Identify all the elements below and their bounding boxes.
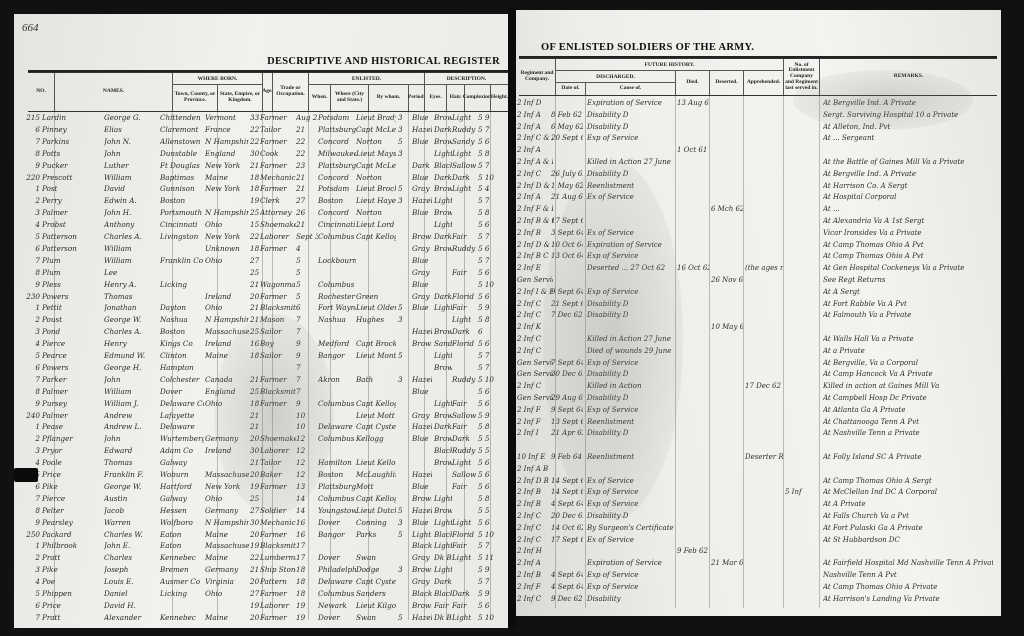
- book-gutter: [508, 8, 516, 630]
- header-date-of: Date of.: [555, 83, 585, 95]
- cell-when: 19: [296, 613, 318, 622]
- cell-regiment: 2 Inf A & B: [517, 158, 553, 166]
- cell-eyes: Blue: [412, 173, 432, 182]
- cell-given: John: [104, 434, 158, 443]
- cell-where: Columbus: [318, 589, 356, 598]
- cell-complexion: Sallow: [452, 470, 478, 479]
- cell-surname: Powers: [42, 292, 100, 301]
- cell-state: Massachusetts: [205, 541, 249, 550]
- cell-by: Lieut Montgomery: [356, 351, 396, 360]
- cell-age: 21: [250, 280, 260, 289]
- cell-surname: Pflanger: [42, 434, 100, 443]
- cell-town: Dover: [160, 387, 204, 396]
- header-state: State, Empire, or Kingdom.: [217, 85, 262, 111]
- cell-eyes: Gray: [412, 411, 432, 420]
- cell-eyes: Gray: [412, 244, 432, 253]
- cell-cause: Exp of Service: [587, 134, 675, 142]
- cell-height: 5 5: [478, 506, 496, 515]
- cell-height: 5 7: [478, 541, 496, 550]
- cell-where: Concord: [318, 173, 356, 182]
- cell-when: 18: [296, 577, 318, 586]
- cell-by: Norton: [356, 173, 396, 182]
- cell-by: Dodge: [356, 565, 396, 574]
- soldier-row: 6PinneyEliasClaremontFrance22Tailor21Pla…: [14, 124, 516, 136]
- cell-died: 9 Feb 62: [677, 547, 709, 555]
- cell-trade: Shoemaker: [260, 220, 296, 229]
- cell-apprehended: (the ages not ...): [745, 264, 783, 272]
- cell-hair: Brown: [434, 137, 452, 146]
- cell-no: 6: [18, 363, 40, 372]
- cell-period: 5: [398, 613, 408, 622]
- cell-complexion: Ruddy: [452, 244, 478, 253]
- cell-cause: Disability D: [587, 123, 675, 131]
- cell-remarks: At Camp Hancock Va A Private: [823, 370, 993, 378]
- cell-cause: Exp of Service: [587, 571, 675, 579]
- cell-remarks: At Folly Island SC A Private: [823, 453, 993, 461]
- cell-no: 7: [18, 256, 40, 265]
- cell-state: N Hampshire: [205, 137, 249, 146]
- cell-trade: Tailor: [260, 125, 296, 134]
- cell-no: 3: [18, 327, 40, 336]
- cell-where: Plattsburg: [318, 161, 356, 170]
- soldier-row: 6PattersonWilliamUnknown18Farmer4GrayBro…: [14, 243, 516, 255]
- cell-when: Sept 3: [296, 232, 318, 241]
- cell-where: Milwaukee: [318, 149, 356, 158]
- cell-height: 5 6: [478, 601, 496, 610]
- header-trade: Trade or Occupation.: [272, 73, 308, 111]
- cell-surname: Pearsley: [42, 518, 100, 527]
- cell-complexion: Fair: [452, 422, 478, 431]
- cell-given: Charles W.: [104, 530, 158, 539]
- cell-apprehended: Deserter Returned to ... 29 June 63: [745, 453, 783, 461]
- cell-regiment: 2 Inf A: [517, 111, 553, 119]
- header-cause-of: Cause of.: [585, 83, 675, 95]
- cell-town: Portsmouth: [160, 208, 204, 217]
- cell-surname: Pryor: [42, 446, 100, 455]
- soldier-row: 8PlumLee255GrayFair5 6: [14, 267, 516, 279]
- cell-where: Dover: [318, 613, 356, 622]
- cell-by: Capt McLeod: [356, 161, 396, 170]
- cell-no: 7: [18, 613, 40, 622]
- cell-surname: Pond: [42, 327, 100, 336]
- cell-age: 25: [250, 208, 260, 217]
- cell-given: George G.: [104, 113, 158, 122]
- cell-no: 1: [18, 303, 40, 312]
- cell-complexion: Florid: [452, 530, 478, 539]
- cell-remarks: At Campbell Hosp Dc Private: [823, 394, 993, 402]
- cell-eyes: Hazel: [412, 196, 432, 205]
- cell-trade: Laborer: [260, 601, 296, 610]
- cell-hair: Light: [434, 541, 452, 550]
- cell-remarks: At Camp Thomas Ohio A Sergt: [823, 477, 993, 485]
- cell-height: 5 6: [478, 220, 496, 229]
- cell-hair: Brown: [434, 327, 452, 336]
- cell-when: Aug 21 1861: [296, 113, 318, 122]
- cell-surname: Packard: [42, 530, 100, 539]
- cell-surname: Powers: [42, 363, 100, 372]
- cell-hair: Light: [434, 351, 452, 360]
- cell-trade: Pattern: [260, 577, 296, 586]
- cell-town: Licking: [160, 589, 204, 598]
- cell-remarks: At McClellan Ind DC A Corporal: [823, 488, 993, 496]
- cell-remarks: At Falls Church Va a Pvt: [823, 512, 993, 520]
- cell-age: 18: [250, 173, 260, 182]
- cell-given: Louis E.: [104, 577, 158, 586]
- cell-given: Warren: [104, 518, 158, 527]
- cell-surname: Post: [42, 184, 100, 193]
- header-period: Period.: [408, 85, 424, 111]
- cell-surname: Price: [42, 470, 100, 479]
- cell-complexion: Fair: [452, 541, 478, 550]
- cell-hair: Black: [434, 446, 452, 455]
- cell-height: 5 6: [478, 137, 496, 146]
- cell-surname: Pearce: [42, 351, 100, 360]
- cell-where: Plattsburg: [318, 125, 356, 134]
- soldier-row: 215LardinGeorge G.ChittendenVermont33Far…: [14, 112, 516, 124]
- cell-town: Galway: [160, 458, 204, 467]
- cell-complexion: Light: [452, 184, 478, 193]
- cell-surname: Parker: [42, 375, 100, 384]
- cell-regiment: 2 Inf A: [517, 146, 553, 154]
- cell-age: 20: [250, 577, 260, 586]
- cell-surname: Pless: [42, 280, 100, 289]
- cell-date: 20 Dec 62: [551, 512, 583, 520]
- cell-trade: Wagonmaker: [260, 280, 296, 289]
- cell-regiment: 2 Inf C: [517, 170, 553, 178]
- register-title-right: OF ENLISTED SOLDIERS OF THE ARMY.: [541, 42, 754, 53]
- left-column-headers: NO. NAMES. WHERE BORN. Town, County, or …: [28, 72, 508, 112]
- cell-surname: Probst: [42, 220, 100, 229]
- cell-hair: Dark: [434, 232, 452, 241]
- cell-complexion: Light: [452, 518, 478, 527]
- cell-complexion: Light: [452, 613, 478, 622]
- cell-regiment: 2 Inf C & E: [517, 134, 553, 142]
- header-age: Age.: [262, 73, 272, 111]
- cell-no: 5: [18, 589, 40, 598]
- cell-no: 7: [18, 137, 40, 146]
- cell-age: 18: [250, 244, 260, 253]
- cell-hair: Brown: [434, 184, 452, 193]
- cell-given: Charles: [104, 553, 158, 562]
- cell-no: 2: [18, 434, 40, 443]
- cell-age: 20: [250, 292, 260, 301]
- cell-regiment: 2 Inf D: [517, 99, 553, 107]
- cell-trade: Laborer: [260, 232, 296, 241]
- cell-regiment: 2 Inf C: [517, 512, 553, 520]
- cell-regiment: 2 Inf B C: [517, 252, 553, 260]
- cell-remarks: At Falmouth Va a Private: [823, 311, 993, 319]
- cell-given: Joseph: [104, 565, 158, 574]
- cell-by: McLaughlin: [356, 470, 396, 479]
- cell-by: Swan: [356, 553, 396, 562]
- cell-given: Daniel: [104, 589, 158, 598]
- cell-remarks: At Camp Thomas Ohio A Pvt: [823, 252, 993, 260]
- cell-age: 21: [250, 303, 260, 312]
- cell-state: N Hampshire: [205, 518, 249, 527]
- cell-age: 30: [250, 149, 260, 158]
- cell-no: 4: [18, 577, 40, 586]
- cell-height: 5 8: [478, 494, 496, 503]
- cell-no: 8: [18, 506, 40, 515]
- cell-surname: Pinney: [42, 125, 100, 134]
- cell-when: 18: [296, 589, 318, 598]
- cell-town: Wolfboro: [160, 518, 204, 527]
- cell-eyes: Brown: [412, 232, 432, 241]
- soldier-row: 3PikeJosephBremenGermany21Ship Stone18Ph…: [14, 564, 516, 576]
- cell-town: Eaton: [160, 530, 204, 539]
- cell-regiment: 2 Inf D & B: [517, 241, 553, 249]
- cell-where: Plattsburgh: [318, 482, 356, 491]
- cell-eyes: Brown: [412, 494, 432, 503]
- cell-eyes: Gray: [412, 553, 432, 562]
- cell-given: George H.: [104, 363, 158, 372]
- cell-by: Capt Cyster: [356, 577, 396, 586]
- cell-town: Licking: [160, 280, 204, 289]
- cell-when: 22: [296, 149, 318, 158]
- cell-regiment: 2 Inf A: [517, 193, 553, 201]
- cell-complexion: Light: [452, 315, 478, 324]
- cell-hair: Light: [434, 303, 452, 312]
- cell-height: 5 7: [478, 577, 496, 586]
- cell-surname: Plum: [42, 256, 100, 265]
- cell-complexion: Dark: [452, 173, 478, 182]
- cell-remarks: At Bergville Ind. A Private: [823, 170, 993, 178]
- cell-complexion: Fair: [452, 268, 478, 277]
- cell-no: 1: [18, 541, 40, 550]
- soldier-row: 9PlessHenry A.Licking21Wagonmaker5Columb…: [14, 279, 516, 291]
- cell-no: 9: [18, 161, 40, 170]
- cell-remarks: At Harrison Co. A Sergt: [823, 182, 993, 190]
- cell-where: Concord: [318, 137, 356, 146]
- cell-regiment: 2 Inf B: [517, 571, 553, 579]
- cell-died: 1 Oct 61: [677, 146, 709, 154]
- cell-given: Jacob: [104, 506, 158, 515]
- cell-height: 5 5: [478, 446, 496, 455]
- cell-state: Maine: [205, 530, 249, 539]
- cell-trade: Farmer: [260, 589, 296, 598]
- cell-town: Kennebec: [160, 553, 204, 562]
- cell-complexion: Sandy: [452, 137, 478, 146]
- cell-by: Lieut Mays: [356, 149, 396, 158]
- cell-period: 5: [398, 351, 408, 360]
- cell-deserted: 26 Nov 61: [711, 276, 743, 284]
- cell-no: 4: [18, 458, 40, 467]
- cell-complexion: Fair: [452, 303, 478, 312]
- cell-hair: Brown: [434, 363, 452, 372]
- cell-remarks: At Fort Pulaski Ga A Private: [823, 524, 993, 532]
- cell-surname: Patterson: [42, 232, 100, 241]
- cell-surname: Pierce: [42, 339, 100, 348]
- cell-age: 22: [250, 137, 260, 146]
- cell-no: 7: [18, 375, 40, 384]
- cell-eyes: Gray: [412, 268, 432, 277]
- binding-clip: [14, 468, 38, 482]
- cell-height: 5 6: [478, 458, 496, 467]
- cell-regiment: 2 Inf A: [517, 559, 553, 567]
- cell-trade: Farmer: [260, 530, 296, 539]
- cell-given: George W.: [104, 315, 158, 324]
- cell-state: New York: [205, 232, 249, 241]
- cell-height: 5 8: [478, 315, 496, 324]
- cell-when: 17: [296, 553, 318, 562]
- cell-eyes: Blue: [412, 280, 432, 289]
- cell-state: Germany: [205, 565, 249, 574]
- cell-where: Dover: [318, 553, 356, 562]
- cell-given: Elias: [104, 125, 158, 134]
- history-row: 2 Inf F4 Sept 64Exp of ServiceAt Camp Th…: [513, 582, 1001, 594]
- cell-by: Norton: [356, 208, 396, 217]
- cell-period: 3: [398, 113, 408, 122]
- cell-hair: Black: [434, 589, 452, 598]
- cell-given: Jonathan: [104, 303, 158, 312]
- cell-state: England: [205, 149, 249, 158]
- cell-reenlisted: 5 Inf: [785, 488, 819, 496]
- soldier-row: 4PoeLouis E.Ausmer CoVirginia20Pattern18…: [14, 576, 516, 588]
- cell-town: Colchester: [160, 375, 204, 384]
- cell-age: 25: [250, 268, 260, 277]
- cell-by: Lieut Lord: [356, 220, 396, 229]
- cell-height: 5 6: [478, 339, 496, 348]
- cell-when: 17: [296, 541, 318, 550]
- cell-eyes: Blue: [412, 434, 432, 443]
- cell-by: Mott: [356, 482, 396, 491]
- cell-given: Charles A.: [104, 232, 158, 241]
- cell-given: Austin: [104, 494, 158, 503]
- cell-age: 30: [250, 518, 260, 527]
- cell-surname: Pratt: [42, 553, 100, 562]
- cell-state: France: [205, 125, 249, 134]
- cell-cause: Exp of Service: [587, 583, 675, 591]
- cell-by: Kellogg: [356, 434, 396, 443]
- cell-given: David: [104, 184, 158, 193]
- cell-surname: Pelter: [42, 506, 100, 515]
- cell-age: 22: [250, 232, 260, 241]
- cell-remarks: At Camp Thomas Ohio A Private: [823, 583, 993, 591]
- cell-town: Baptimas: [160, 173, 204, 182]
- cell-town: Nashua: [160, 315, 204, 324]
- cell-regiment: 2 Inf B: [517, 229, 553, 237]
- cell-regiment: 2 Inf B: [517, 500, 553, 508]
- cell-remarks: At a Private: [823, 347, 993, 355]
- cell-period: 5: [398, 530, 408, 539]
- cell-remarks: At ... Sergeant: [823, 134, 993, 142]
- cell-regiment: 2 Inf A B: [517, 465, 553, 473]
- cell-remarks: At Gen Hospital Cockeneys Va a Private: [823, 264, 993, 272]
- cell-date: 4 Sept 64: [551, 583, 583, 591]
- header-where: Where (City and State.): [330, 85, 368, 111]
- cell-town: Lafayette: [160, 411, 204, 420]
- cell-no: 230: [18, 292, 40, 301]
- header-discharged: DISCHARGED.: [555, 71, 675, 83]
- cell-where: Medford: [318, 339, 356, 348]
- cell-when: 6: [296, 303, 318, 312]
- cell-hair: Black: [434, 161, 452, 170]
- cell-by: Capt Kellogg: [356, 399, 396, 408]
- cell-height: 5 9: [478, 565, 496, 574]
- cell-remarks: At Alexandria Va A 1st Sergt: [823, 217, 993, 225]
- cell-town: Woburn: [160, 470, 204, 479]
- soldier-row: 250PackardCharles W.EatonMaine20Farmer16…: [14, 529, 516, 541]
- cell-remarks: At Nashville Tenn a Private: [823, 429, 993, 437]
- header-names: NAMES.: [54, 73, 172, 111]
- history-row: 2 Inf B4 Sept 64Exp of ServiceNashville …: [513, 570, 1001, 582]
- cell-when: 5: [296, 280, 318, 289]
- cell-date: 4 Sept 64: [551, 500, 583, 508]
- cell-age: 33: [250, 113, 260, 122]
- cell-remarks: At Atlanta Ga A Private: [823, 406, 993, 414]
- cell-trade: Cook: [260, 149, 296, 158]
- cell-where: Rochester: [318, 292, 356, 301]
- cell-no: 8: [18, 149, 40, 158]
- cell-height: 5 5: [478, 434, 496, 443]
- cell-when: 5: [296, 256, 318, 265]
- cell-surname: Lardin: [42, 113, 100, 122]
- soldier-row: 5PattersonCharles A.LivingstonNew York22…: [14, 231, 516, 243]
- cell-town: Ausmer Co: [160, 577, 204, 586]
- cell-height: 5 6: [478, 268, 496, 277]
- cell-no: 6: [18, 482, 40, 491]
- cell-date: 17 Sept 64: [551, 536, 583, 544]
- cell-hair: Brown: [434, 506, 452, 515]
- cell-hair: Light: [434, 565, 452, 574]
- cell-given: William J.: [104, 399, 158, 408]
- cell-where: Potsdam: [318, 184, 356, 193]
- cell-height: 5 10: [478, 375, 496, 384]
- header-enlisted: ENLISTED.: [308, 73, 424, 85]
- cell-town: Bremen: [160, 565, 204, 574]
- cell-eyes: Brown: [412, 339, 432, 348]
- cell-given: William: [104, 256, 158, 265]
- cell-no: 3: [18, 446, 40, 455]
- cell-no: 7: [18, 494, 40, 503]
- cell-surname: Potts: [42, 149, 100, 158]
- cell-given: Alexander: [104, 613, 158, 622]
- cell-state: Maine: [205, 553, 249, 562]
- cell-date: 14 Oct 62: [551, 524, 583, 532]
- cell-complexion: Ruddy: [452, 125, 478, 134]
- cell-hair: Dark: [434, 173, 452, 182]
- cell-given: Thomas: [104, 458, 158, 467]
- cell-trade: Farmer: [260, 613, 296, 622]
- cell-when: 27: [296, 196, 318, 205]
- cell-when: 21: [296, 184, 318, 193]
- header-future-history: FUTURE HISTORY.: [555, 59, 783, 71]
- cell-no: 1: [18, 184, 40, 193]
- cell-by: Sanders: [356, 589, 396, 598]
- cell-surname: Pike: [42, 482, 100, 491]
- cell-surname: Perry: [42, 196, 100, 205]
- cell-age: 21: [250, 565, 260, 574]
- cell-hair: Dark: [434, 125, 452, 134]
- cell-when: 21: [296, 125, 318, 134]
- cell-height: 5 10: [478, 173, 496, 182]
- cell-hair: Dark: [434, 577, 452, 586]
- cell-when: 16: [296, 518, 318, 527]
- cell-given: Lee: [104, 268, 158, 277]
- cell-by: Capt Cyster: [356, 422, 396, 431]
- cell-state: New York: [205, 184, 249, 193]
- soldier-row: 220PrescottWilliamBaptimasMaine18Mechani…: [14, 172, 516, 184]
- cell-state: N Hampshire: [205, 208, 249, 217]
- cell-complexion: Light: [452, 149, 478, 158]
- header-by-whom: By whom.: [368, 85, 408, 111]
- cell-date: 26 July 62: [551, 170, 583, 178]
- cell-remarks: See Regt Returns: [823, 276, 993, 284]
- cell-state: Vermont: [205, 113, 249, 122]
- cell-remarks: Nashville Tenn A Pvt: [823, 571, 993, 579]
- cell-when: 16: [296, 530, 318, 539]
- cell-hair: Light: [434, 399, 452, 408]
